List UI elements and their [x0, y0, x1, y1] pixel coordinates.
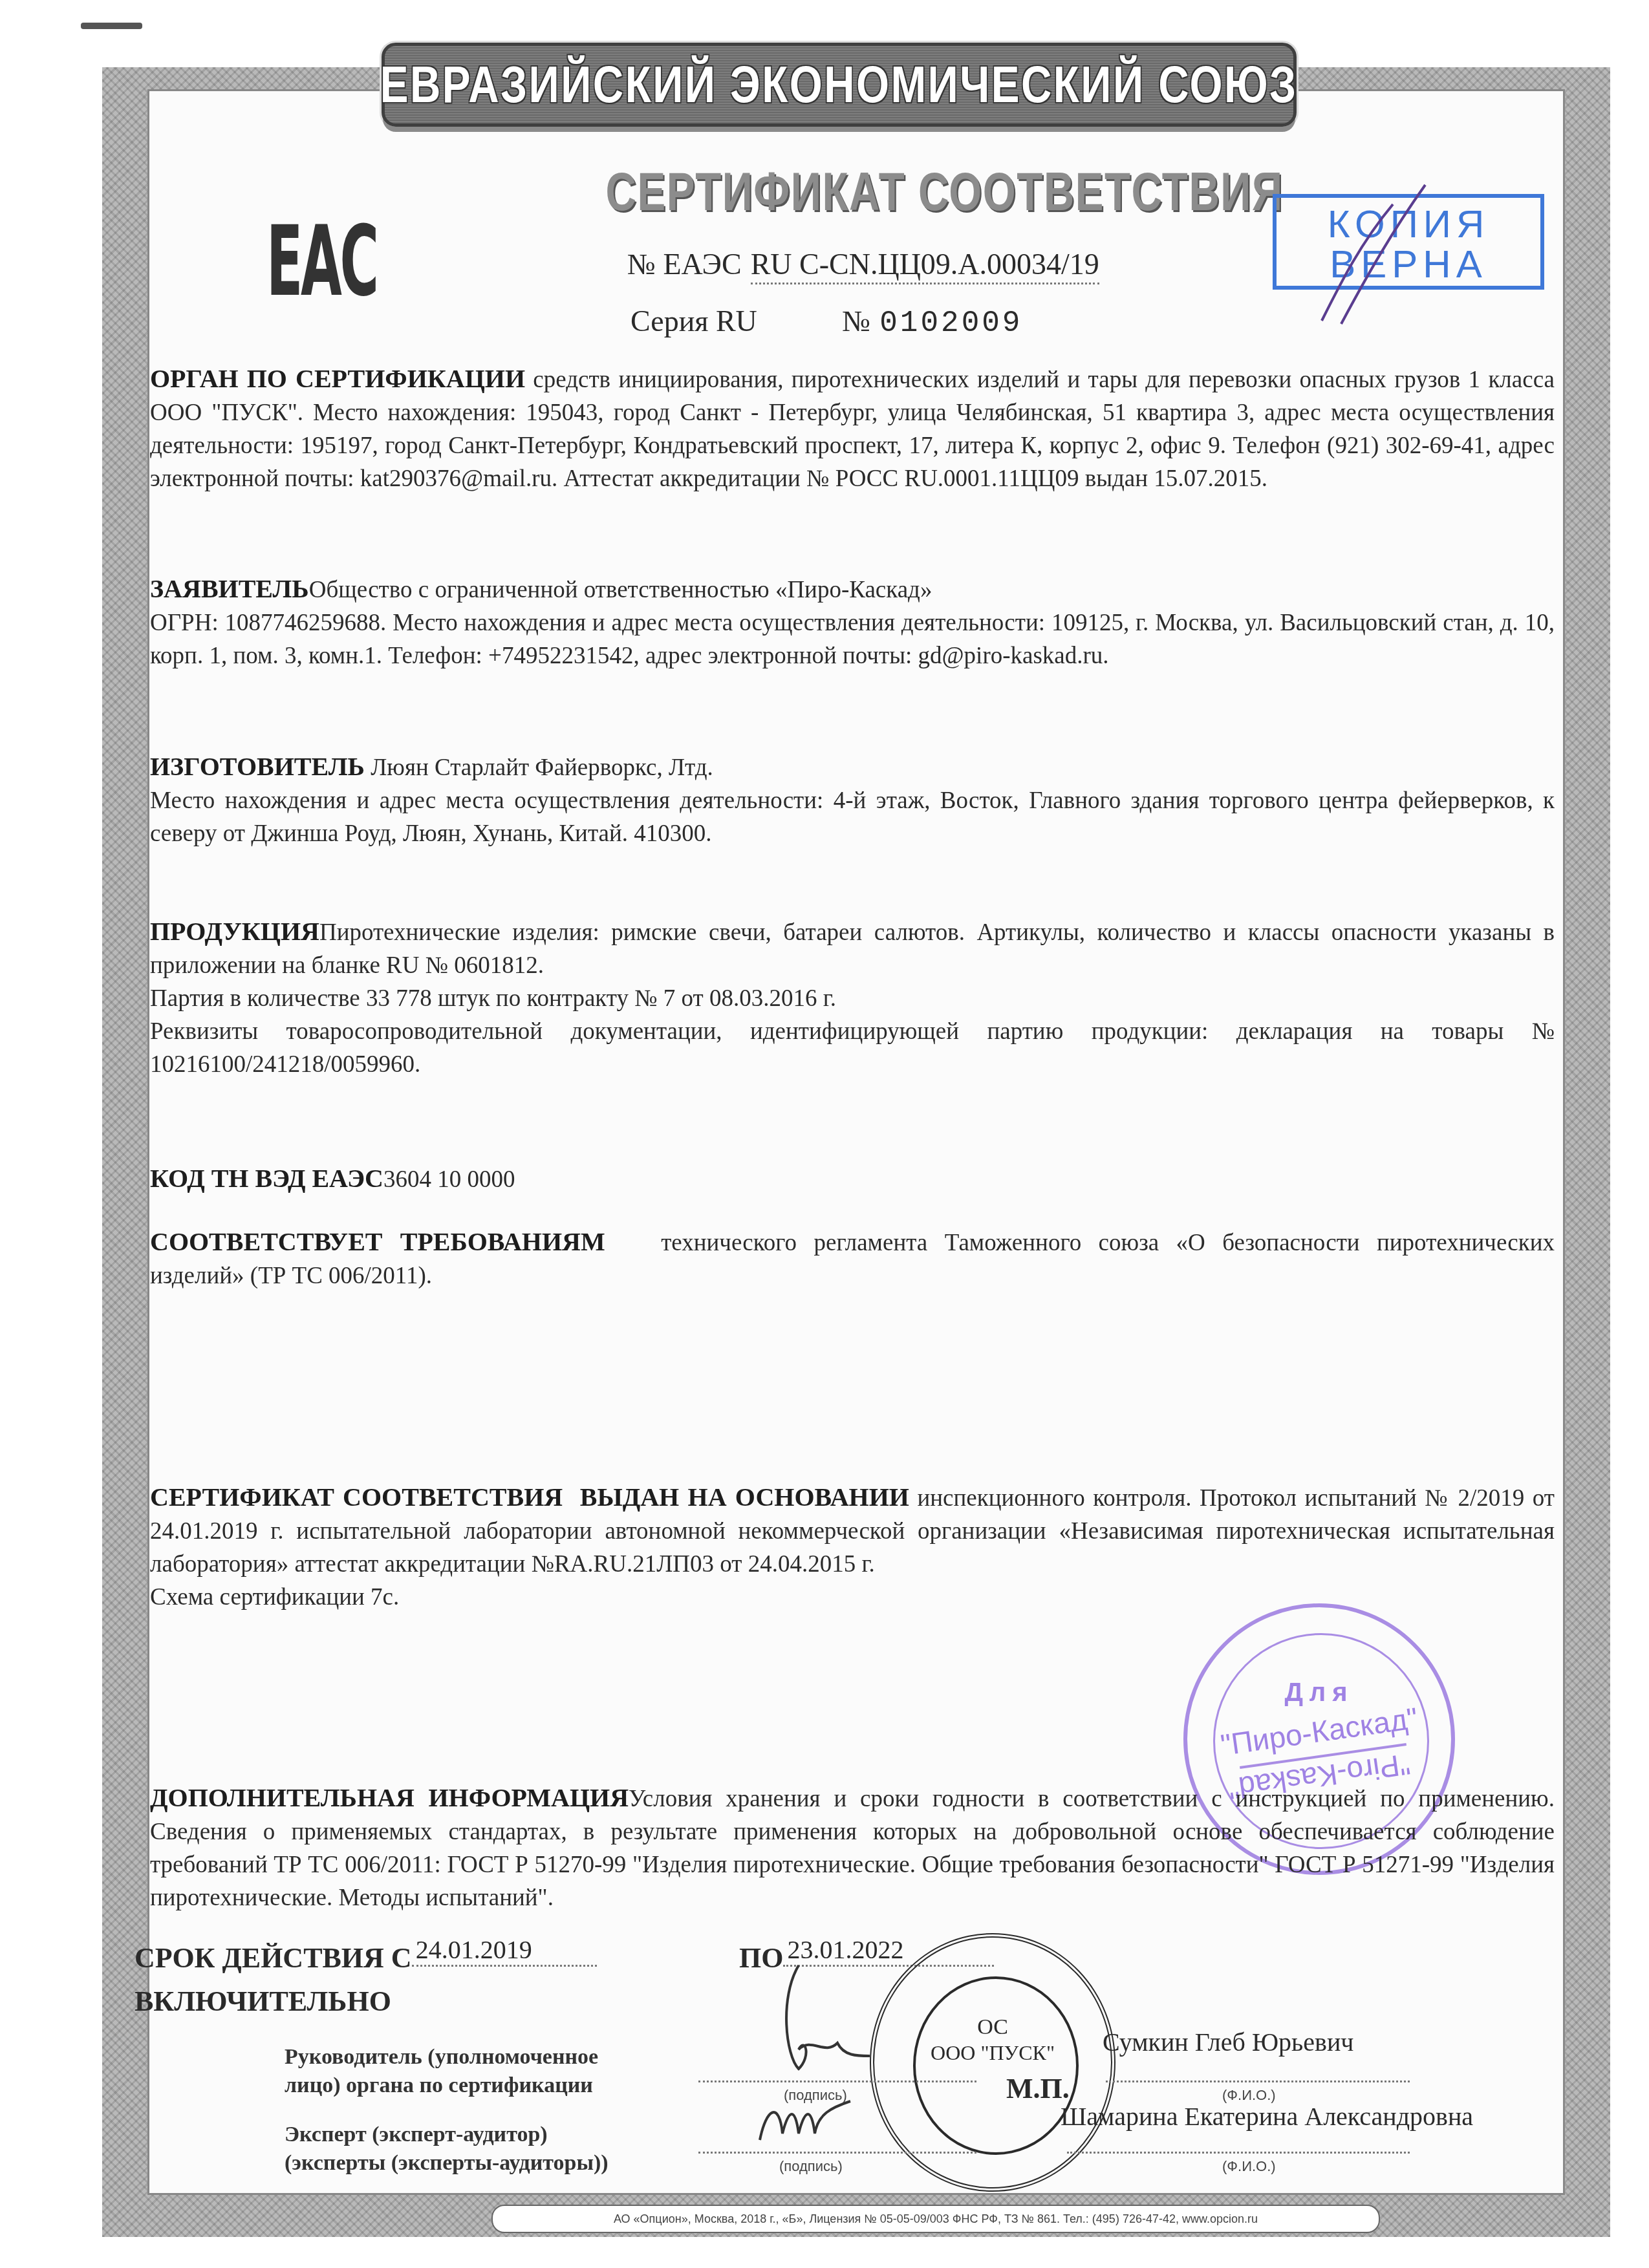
certification-body-label: ОРГАН ПО СЕРТИФИКАЦИИ: [150, 364, 525, 393]
seal-place-label: М.П.: [1006, 2072, 1070, 2105]
manufacturer-address: Место нахождения и адрес места осуществл…: [150, 784, 1555, 850]
series-line: Серия RU №0102009: [630, 304, 1022, 340]
head-signature-icon: [773, 1959, 876, 2088]
copy-certified-stamp: КОПИЯ ВЕРНА: [1273, 194, 1544, 290]
certificate-title: СЕРТИФИКАТ СООТВЕТСТВИЯ: [606, 160, 1141, 223]
expert-signature-line: [698, 2152, 976, 2154]
certificate-number: № ЕАЭСRU C-CN.ЦЦ09.А.00034/19: [627, 247, 1099, 284]
series-label: Серия: [630, 305, 708, 337]
expert-signature-caption: (подпись): [779, 2158, 843, 2175]
cert-number-prefix: № ЕАЭС: [627, 248, 742, 281]
seal-os: ОС: [874, 2015, 1111, 2040]
validity-period: СРОК ДЕЙСТВИЯ С24.01.2019 ПО23.01.2022: [135, 1934, 597, 1974]
section-certification-body: ОРГАН ПО СЕРТИФИКАЦИИ средств инициирова…: [150, 362, 1555, 495]
section-manufacturer: ИЗГОТОВИТЕЛЬ Люян Старлайт Файерворкс, Л…: [150, 750, 1555, 850]
section-issued-basis: СЕРТИФИКАТ СООТВЕТСТВИЯ ВЫДАН НА ОСНОВАН…: [150, 1481, 1555, 1614]
applicant-name: Общество с ограниченной ответственностью…: [309, 577, 932, 603]
head-label: Руководитель (уполномоченное лицо) орган…: [285, 2043, 598, 2100]
manufacturer-label: ИЗГОТОВИТЕЛЬ: [150, 752, 365, 781]
hs-code-value: 3604 10 0000: [383, 1166, 515, 1193]
section-applicant: ЗАЯВИТЕЛЬОбщество с ограниченной ответст…: [150, 572, 1555, 672]
product-batch: Партия в количестве 33 778 штук по контр…: [150, 982, 1555, 1015]
banner-text: ЕВРАЗИЙСКИЙ ЭКОНОМИЧЕСКИЙ СОЮЗ: [380, 55, 1298, 114]
issued-basis-label: СЕРТИФИКАТ СООТВЕТСТВИЯ ВЫДАН НА ОСНОВАН…: [150, 1482, 909, 1512]
validity-from-label: СРОК ДЕЙСТВИЯ С: [135, 1942, 412, 1974]
additional-info-label: ДОПОЛНИТЕЛЬНАЯ ИНФОРМАЦИЯ: [150, 1783, 629, 1812]
section-additional-info: ДОПОЛНИТЕЛЬНАЯ ИНФОРМАЦИЯУсловия хранени…: [150, 1781, 1555, 1914]
manufacturer-name: Люян Старлайт Файерворкс, Лтд.: [371, 754, 713, 781]
expert-name: Шамарина Екатерина Александровна: [1061, 2101, 1473, 2132]
product-docs: Реквизиты товаросопроводительной докумен…: [150, 1015, 1555, 1081]
seal-ooo: ООО "ПУСК": [874, 2041, 1111, 2065]
blank-number: №0102009: [842, 306, 1022, 340]
validity-inclusive: ВКЛЮЧИТЕЛЬНО: [135, 1985, 391, 2018]
printer-imprint: АО «Опцион», Москва, 2018 г., «Б», Лицен…: [491, 2205, 1380, 2233]
section-product: ПРОДУКЦИЯПиротехнические изделия: римски…: [150, 915, 1555, 1081]
cert-number-value: RU C-CN.ЦЦ09.А.00034/19: [751, 247, 1099, 284]
handwritten-signature-icon: [1315, 178, 1445, 327]
product-label: ПРОДУКЦИЯ: [150, 917, 319, 946]
hs-code-label: КОД ТН ВЭД ЕАЭС: [150, 1164, 383, 1193]
expert-fio-caption: (Ф.И.О.): [1222, 2158, 1276, 2175]
eac-logo-icon: EAC: [266, 213, 323, 310]
series-value: RU: [716, 305, 757, 337]
product-text: Пиротехнические изделия: римские свечи, …: [150, 919, 1555, 979]
staple-mark: [81, 23, 142, 29]
applicant-label: ЗАЯВИТЕЛЬ: [150, 574, 309, 603]
validity-from-date: 24.01.2019: [412, 1934, 597, 1967]
expert-label: Эксперт (эксперт-аудитор) (эксперты (экс…: [285, 2121, 609, 2177]
head-fio-line: [1106, 2081, 1410, 2082]
applicant-details: ОГРН: 1087746259688. Место нахождения и …: [150, 606, 1555, 672]
eaeu-banner: ЕВРАЗИЙСКИЙ ЭКОНОМИЧЕСКИЙ СОЮЗ: [382, 43, 1297, 127]
conforms-label: СООТВЕТСТВУЕТ ТРЕБОВАНИЯМ: [150, 1227, 605, 1256]
section-conforms: СООТВЕТСТВУЕТ ТРЕБОВАНИЯМ технического р…: [150, 1225, 1555, 1292]
expert-signature-icon: [753, 2088, 857, 2153]
section-hs-code: КОД ТН ВЭД ЕАЭС3604 10 0000: [150, 1162, 1555, 1196]
expert-fio-line: [1067, 2152, 1410, 2154]
head-name: Сумкин Глеб Юрьевич: [1103, 2027, 1353, 2057]
